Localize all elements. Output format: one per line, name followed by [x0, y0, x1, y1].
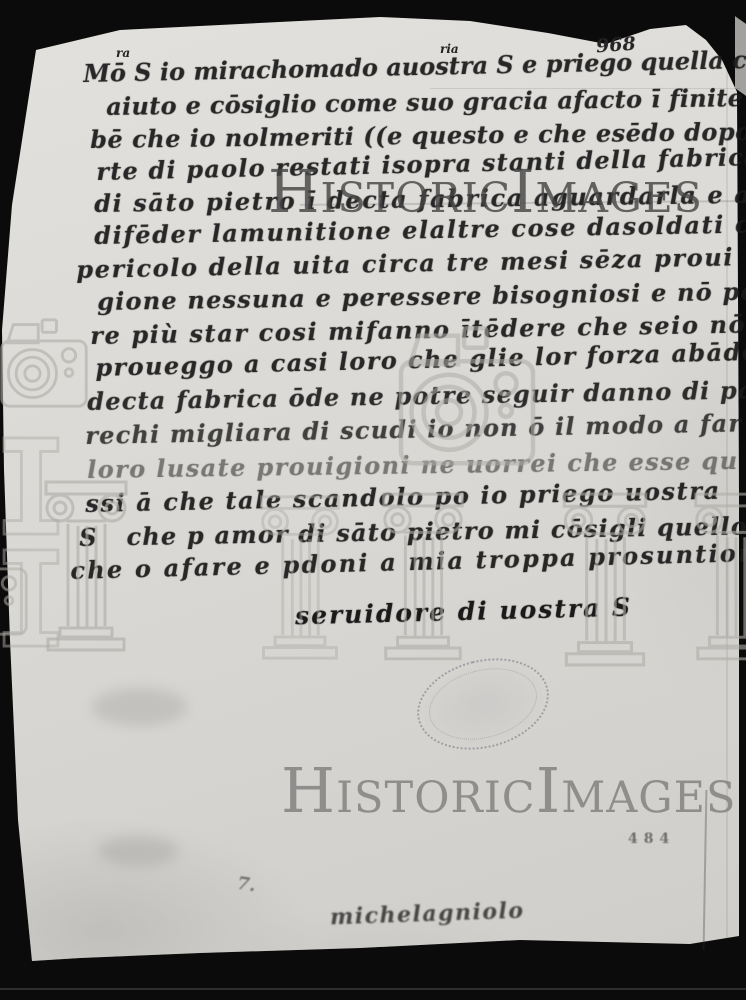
photo-edge-line	[0, 988, 746, 990]
photo-of-letter: 968 Mō S io mirachomado auostra S e prie…	[0, 0, 746, 1000]
inventory-number: 484	[628, 831, 675, 847]
superscript-mark: ria	[440, 42, 459, 56]
camera-watermark-icon	[0, 312, 92, 413]
corner-mark: 7.	[236, 873, 258, 896]
column-watermark-icon	[252, 492, 348, 662]
column-watermark-icon	[686, 490, 746, 662]
smudge	[92, 688, 187, 726]
serif-beam-watermark-icon	[0, 548, 62, 648]
column-watermark-icon	[374, 490, 472, 662]
camera-watermark-icon	[392, 316, 542, 474]
column-watermark-icon	[554, 490, 656, 668]
smudge	[98, 836, 178, 866]
historicimages-watermark: HistoricImages	[281, 760, 736, 822]
superscript-mark: ra	[116, 46, 130, 60]
historicimages-watermark: HistoricImages	[268, 162, 703, 221]
serif-beam-watermark-icon	[0, 436, 62, 536]
